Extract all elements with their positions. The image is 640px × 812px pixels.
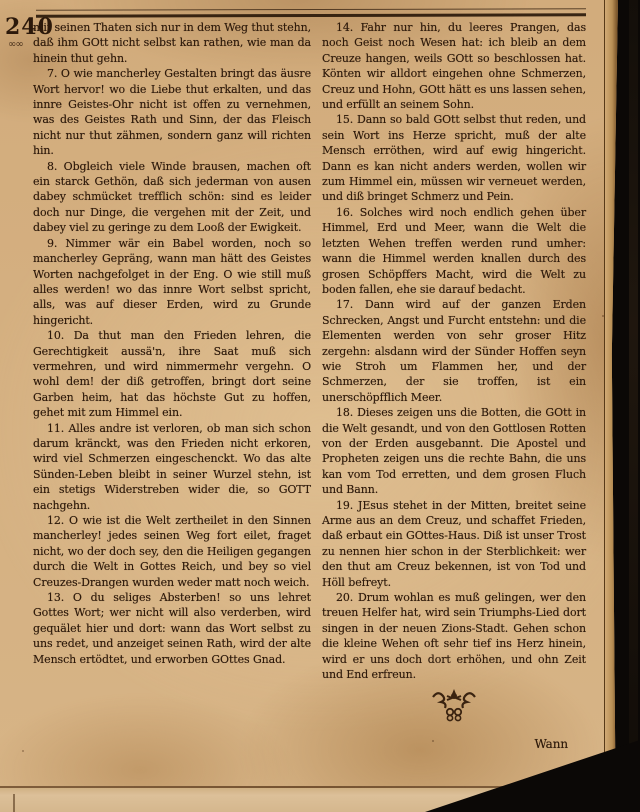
paragraph-13: 13. O du seliges Absterben! so uns lehre…	[33, 590, 311, 667]
paragraph-20: 20. Drum wohlan es muß gelingen, wer den…	[322, 590, 586, 682]
paragraph-12: 12. O wie ist die Welt zertheilet in den…	[33, 513, 311, 590]
book-page: 240 ∞∞ mit seinen Thaten sich nur in dem…	[0, 0, 618, 788]
book-fore-edge-shadow	[629, 0, 638, 812]
paragraph-10: 10. Da thut man den Frieden lehren, die …	[33, 328, 311, 420]
paragraph-11: 11. Alles andre ist verloren, ob man sic…	[33, 421, 311, 513]
paragraph-14: 14. Fahr nur hin, du leeres Prangen, das…	[322, 20, 586, 112]
paragraph-continuation: mit seinen Thaten sich nur in dem Weg th…	[33, 20, 311, 66]
page-fore-edge	[604, 0, 618, 786]
paragraph-19: 19. JEsus stehet in der Mitten, breitet …	[322, 498, 586, 590]
paragraph-7: 7. O wie mancherley Gestalten bringt das…	[33, 66, 311, 158]
paragraph-17: 17. Dann wird auf der ganzen Erden Schre…	[322, 297, 586, 405]
right-column: 14. Fahr nur hin, du leeres Prangen, das…	[322, 20, 586, 752]
paragraph-9: 9. Nimmer wär ein Babel worden, noch so …	[33, 236, 311, 328]
page-number-ornament: ∞∞	[8, 39, 23, 50]
under-page-corner-line	[13, 794, 15, 812]
paragraph-15: 15. Dann so bald GOtt selbst thut reden,…	[322, 112, 586, 204]
paragraph-18: 18. Dieses zeigen uns die Botten, die GO…	[322, 405, 586, 497]
left-column: mit seinen Thaten sich nur in dem Weg th…	[33, 20, 311, 667]
head-rule	[36, 8, 586, 17]
paragraph-16: 16. Solches wird noch endlich gehen über…	[322, 205, 586, 297]
catchword: Wann	[322, 737, 586, 752]
fleuron-ornament	[322, 688, 586, 726]
scanned-book-page-photo: 240 ∞∞ mit seinen Thaten sich nur in dem…	[0, 0, 640, 812]
paragraph-8: 8. Obgleich viele Winde brausen, machen …	[33, 159, 311, 236]
